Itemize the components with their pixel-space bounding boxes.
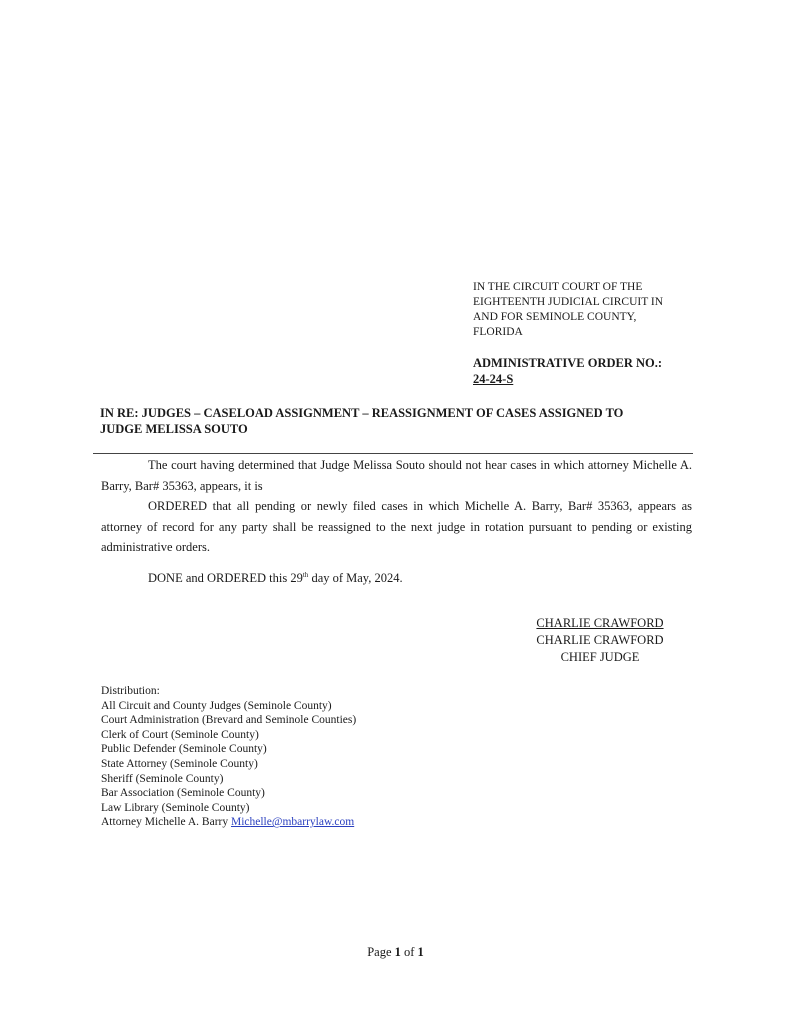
signature-line: CHARLIE CRAWFORD <box>505 615 695 632</box>
order-number: 24-24-S <box>473 371 662 387</box>
in-re-heading: IN RE: JUDGES – CASELOAD ASSIGNMENT – RE… <box>100 405 700 437</box>
distribution-item: Clerk of Court (Seminole County) <box>101 728 356 743</box>
caption-line: FLORIDA <box>473 325 713 340</box>
in-re-line: JUDGE MELISSA SOUTO <box>100 421 700 437</box>
court-caption: IN THE CIRCUIT COURT OF THE EIGHTEENTH J… <box>473 280 713 340</box>
distribution-item: Court Administration (Brevard and Semino… <box>101 713 356 728</box>
done-and-ordered: DONE and ORDERED this 29th day of May, 2… <box>148 568 403 588</box>
order-label: ADMINISTRATIVE ORDER NO.: <box>473 355 662 371</box>
order-body: The court having determined that Judge M… <box>101 455 692 558</box>
distribution-item: State Attorney (Seminole County) <box>101 757 356 772</box>
distribution-heading: Distribution: <box>101 684 356 699</box>
body-paragraph: ORDERED that all pending or newly filed … <box>101 496 692 558</box>
horizontal-rule <box>93 453 693 454</box>
in-re-line: IN RE: JUDGES – CASELOAD ASSIGNMENT – RE… <box>100 405 700 421</box>
distribution-item: Public Defender (Seminole County) <box>101 742 356 757</box>
attorney-email-link[interactable]: Michelle@mbarrylaw.com <box>231 816 354 828</box>
attorney-label: Attorney Michelle A. Barry <box>101 816 231 828</box>
signer-name: CHARLIE CRAWFORD <box>505 632 695 649</box>
page-word: Page <box>367 945 394 959</box>
page-footer: Page 1 of 1 <box>0 945 791 960</box>
distribution-item: Law Library (Seminole County) <box>101 801 356 816</box>
signature-block: CHARLIE CRAWFORD CHARLIE CRAWFORD CHIEF … <box>505 615 695 666</box>
signer-title: CHIEF JUDGE <box>505 649 695 666</box>
done-prefix: DONE and ORDERED this 29 <box>148 571 303 585</box>
caption-line: IN THE CIRCUIT COURT OF THE <box>473 280 713 295</box>
page-total: 1 <box>418 945 424 959</box>
distribution-item: Sheriff (Seminole County) <box>101 772 356 787</box>
distribution-item-attorney: Attorney Michelle A. Barry Michelle@mbar… <box>101 815 356 830</box>
caption-line: AND FOR SEMINOLE COUNTY, <box>473 310 713 325</box>
page-of: of <box>401 945 418 959</box>
body-paragraph: The court having determined that Judge M… <box>101 455 692 496</box>
distribution-item: All Circuit and County Judges (Seminole … <box>101 699 356 714</box>
administrative-order-number: ADMINISTRATIVE ORDER NO.: 24-24-S <box>473 355 662 387</box>
distribution-list: Distribution: All Circuit and County Jud… <box>101 684 356 830</box>
distribution-item: Bar Association (Seminole County) <box>101 786 356 801</box>
done-suffix: day of May, 2024. <box>308 571 402 585</box>
caption-line: EIGHTEENTH JUDICIAL CIRCUIT IN <box>473 295 713 310</box>
